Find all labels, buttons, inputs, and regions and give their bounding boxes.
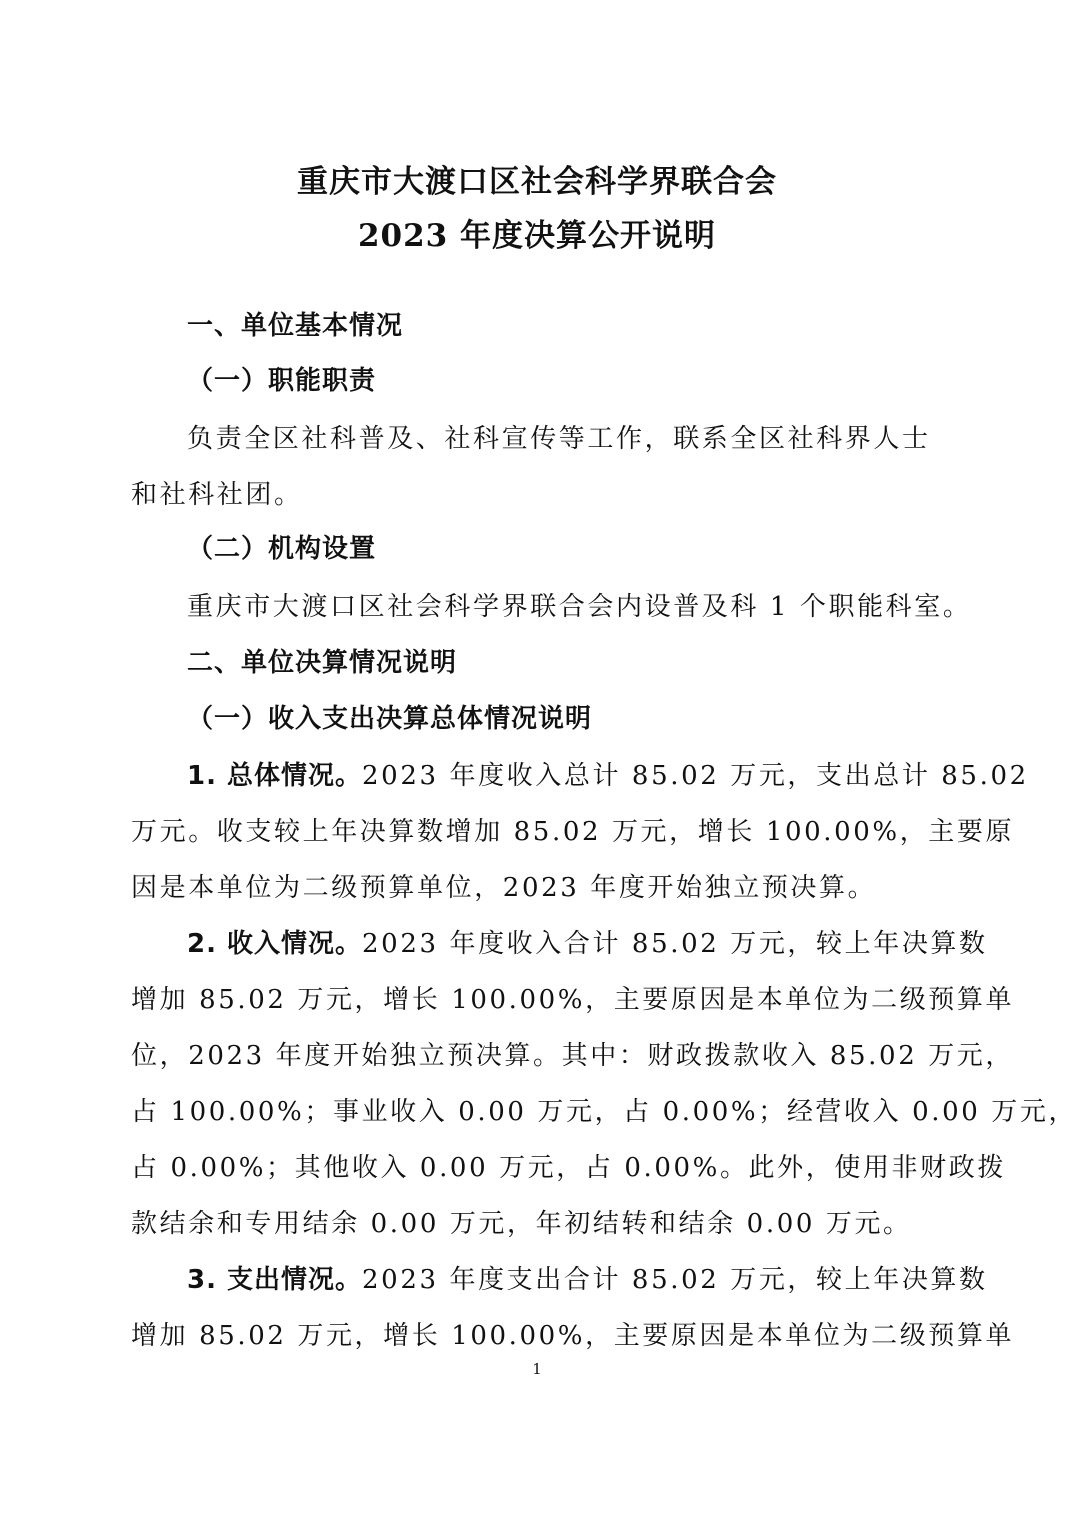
paragraph-line: 1. 总体情况。2023 年度收入总计 85.02 万元，支出总计 85.02	[187, 755, 947, 792]
paragraph-line: 位，2023 年度开始独立预决算。其中：财政拨款收入 85.02 万元，	[131, 1035, 946, 1072]
paragraph-line: 占 100.00%；事业收入 0.00 万元，占 0.00%；经营收入 0.00…	[131, 1091, 946, 1128]
paragraph-lead: 2. 收入情况。	[187, 929, 362, 959]
paragraph-line: 款结余和专用结余 0.00 万元，年初结转和结余 0.00 万元。	[131, 1203, 946, 1240]
subsection-heading-duties: （一）职能职责	[187, 360, 1002, 397]
paragraph-line: 增加 85.02 万元，增长 100.00%，主要原因是本单位为二级预算单	[131, 979, 946, 1016]
section-heading-1: 一、单位基本情况	[187, 305, 947, 342]
paragraph-line: 占 0.00%；其他收入 0.00 万元，占 0.00%。此外，使用非财政拨	[131, 1147, 946, 1184]
paragraph-line: 2. 收入情况。2023 年度收入合计 85.02 万元，较上年决算数	[187, 923, 947, 960]
document-title-line1: 重庆市大渡口区社会科学界联合会	[0, 156, 1074, 201]
paragraph-text: 2023 年度支出合计 85.02 万元，较上年决算数	[362, 1265, 988, 1295]
paragraph-lead: 3. 支出情况。	[187, 1265, 362, 1295]
paragraph-text: 2023 年度收入合计 85.02 万元，较上年决算数	[362, 929, 988, 959]
document-title-line2: 2023 年度决算公开说明	[0, 210, 1074, 255]
paragraph-line: 增加 85.02 万元，增长 100.00%，主要原因是本单位为二级预算单	[131, 1315, 946, 1352]
paragraph-line: 万元。收支较上年决算数增加 85.02 万元，增长 100.00%，主要原	[131, 811, 946, 848]
paragraph-line: 和社科社团。	[131, 474, 946, 511]
document-page: 重庆市大渡口区社会科学界联合会 2023 年度决算公开说明 一、单位基本情况 （…	[0, 0, 1074, 1520]
page-number: 1	[0, 1360, 1074, 1378]
paragraph-line: 重庆市大渡口区社会科学界联合会内设普及科 1 个职能科室。	[187, 586, 947, 623]
paragraph-text: 2023 年度收入总计 85.02 万元，支出总计 85.02	[362, 761, 1029, 791]
paragraph-line: 负责全区社科普及、社科宣传等工作，联系全区社科界人士	[187, 418, 947, 455]
subsection-heading-overview: （一）收入支出决算总体情况说明	[187, 698, 1002, 735]
section-heading-2: 二、单位决算情况说明	[187, 642, 947, 679]
paragraph-line: 因是本单位为二级预算单位，2023 年度开始独立预决算。	[131, 867, 946, 904]
paragraph-line: 3. 支出情况。2023 年度支出合计 85.02 万元，较上年决算数	[187, 1259, 947, 1296]
subsection-heading-structure: （二）机构设置	[187, 528, 1002, 565]
paragraph-lead: 1. 总体情况。	[187, 761, 362, 791]
